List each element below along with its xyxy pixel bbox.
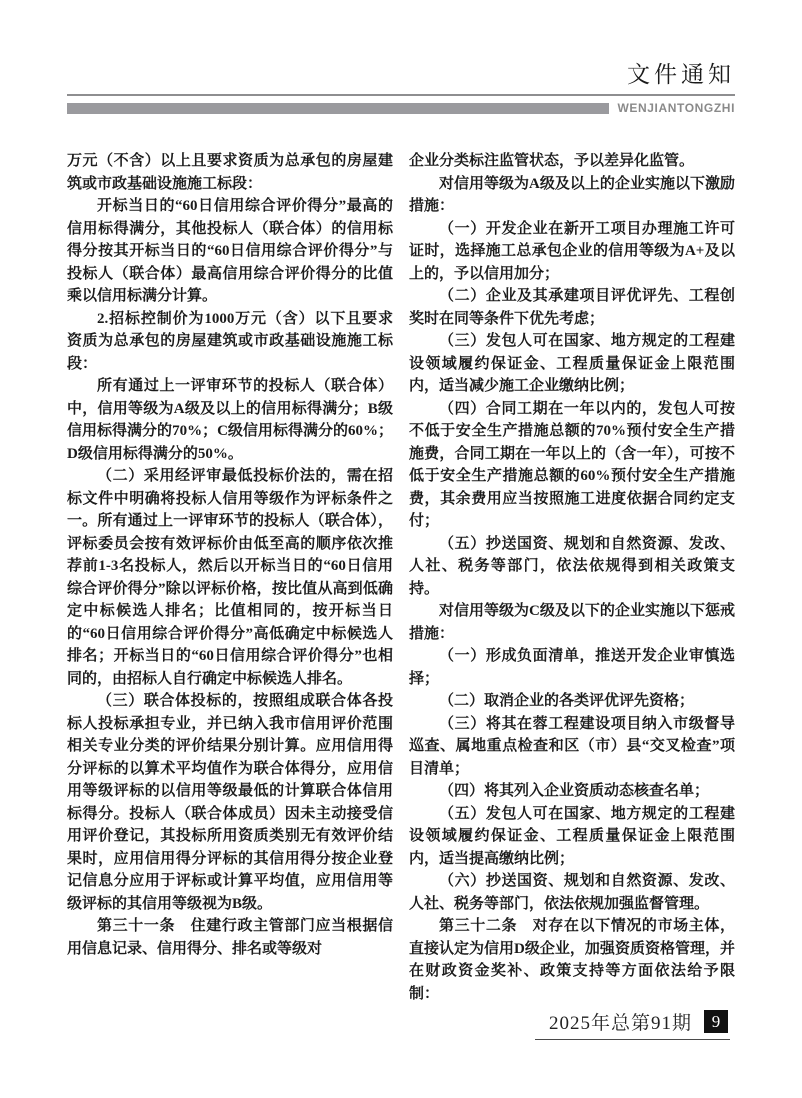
paragraph: （二）采用经评审最低投标价法的，需在招标文件中明确将投标人信用等级作为评标条件之… — [67, 465, 393, 690]
header-gray-bar — [67, 103, 609, 114]
paragraph: （五）抄送国资、规划和自然资源、发改、人社、税务等部门，依法依规得到相关政策支持… — [409, 533, 735, 601]
page-footer: 2025年总第91期 9 — [535, 1008, 730, 1040]
paragraph: 对信用等级为C级及以下的企业实施以下惩戒措施： — [409, 600, 735, 645]
document-page: 文件通知 WENJIANTONGZHI 万元（不含）以上且要求资质为总承包的房屋… — [0, 0, 802, 1098]
left-column: 万元（不含）以上且要求资质为总承包的房屋建筑或市政基础设施施工标段： 开标当日的… — [67, 150, 393, 1005]
paragraph: （二）企业及其承建项目评优评先、工程创奖时在同等条件下优先考虑； — [409, 285, 735, 330]
header-bar-row: WENJIANTONGZHI — [67, 101, 735, 115]
header-title: 文件通知 — [67, 60, 735, 88]
body-columns: 万元（不含）以上且要求资质为总承包的房屋建筑或市政基础设施施工标段： 开标当日的… — [67, 150, 735, 1005]
paragraph: （五）发包人可在国家、地方规定的工程建设领域履约保证金、工程质量保证金上限范围内… — [409, 803, 735, 871]
paragraph: 第三十一条 住建行政主管部门应当根据信用信息记录、信用得分、排名或等级对 — [67, 915, 393, 960]
paragraph: （六）抄送国资、规划和自然资源、发改、人社、税务等部门，依法依规加强监督管理。 — [409, 870, 735, 915]
paragraph: （四）合同工期在一年以内的，发包人可按不低于安全生产措施总额的70%预付安全生产… — [409, 398, 735, 533]
paragraph: （一）开发企业在新开工项目办理施工许可证时，选择施工总承包企业的信用等级为A+及… — [409, 218, 735, 286]
paragraph: 第三十二条 对存在以下情况的市场主体，直接认定为信用D级企业，加强资质资格管理，… — [409, 915, 735, 1005]
page-header: 文件通知 WENJIANTONGZHI — [67, 60, 735, 115]
footer-inner: 2025年总第91期 9 — [535, 1008, 730, 1040]
paragraph: （三）发包人可在国家、地方规定的工程建设领域履约保证金、工程质量保证金上限范围内… — [409, 330, 735, 398]
header-pinyin: WENJIANTONGZHI — [617, 101, 735, 115]
paragraph: （三）将其在蓉工程建设项目纳入市级督导巡查、属地重点检查和区（市）县“交叉检查”… — [409, 713, 735, 781]
paragraph: 万元（不含）以上且要求资质为总承包的房屋建筑或市政基础设施施工标段： — [67, 150, 393, 195]
paragraph: 企业分类标注监管状态，予以差异化监管。 — [409, 150, 735, 173]
paragraph: 2.招标控制价为1000万元（含）以下且要求资质为总承包的房屋建筑或市政基础设施… — [67, 308, 393, 376]
paragraph: 所有通过上一评审环节的投标人（联合体）中，信用等级为A级及以上的信用标得满分；B… — [67, 375, 393, 465]
paragraph: （四）将其列入企业资质动态核查名单； — [409, 780, 735, 803]
header-rule — [67, 94, 735, 96]
right-column: 企业分类标注监管状态，予以差异化监管。 对信用等级为A级及以上的企业实施以下激励… — [409, 150, 735, 1005]
paragraph: （二）取消企业的各类评优评先资格； — [409, 690, 735, 713]
paragraph: 开标当日的“60日信用综合评价得分”最高的信用标得满分，其他投标人（联合体）的信… — [67, 195, 393, 308]
paragraph: （三）联合体投标的，按照组成联合体各投标人投标承担专业，并已纳入我市信用评价范围… — [67, 690, 393, 915]
page-number-badge: 9 — [704, 1010, 728, 1033]
paragraph: （一）形成负面清单，推送开发企业审慎选择； — [409, 645, 735, 690]
issue-label: 2025年总第91期 — [549, 1008, 692, 1035]
paragraph: 对信用等级为A级及以上的企业实施以下激励措施： — [409, 173, 735, 218]
